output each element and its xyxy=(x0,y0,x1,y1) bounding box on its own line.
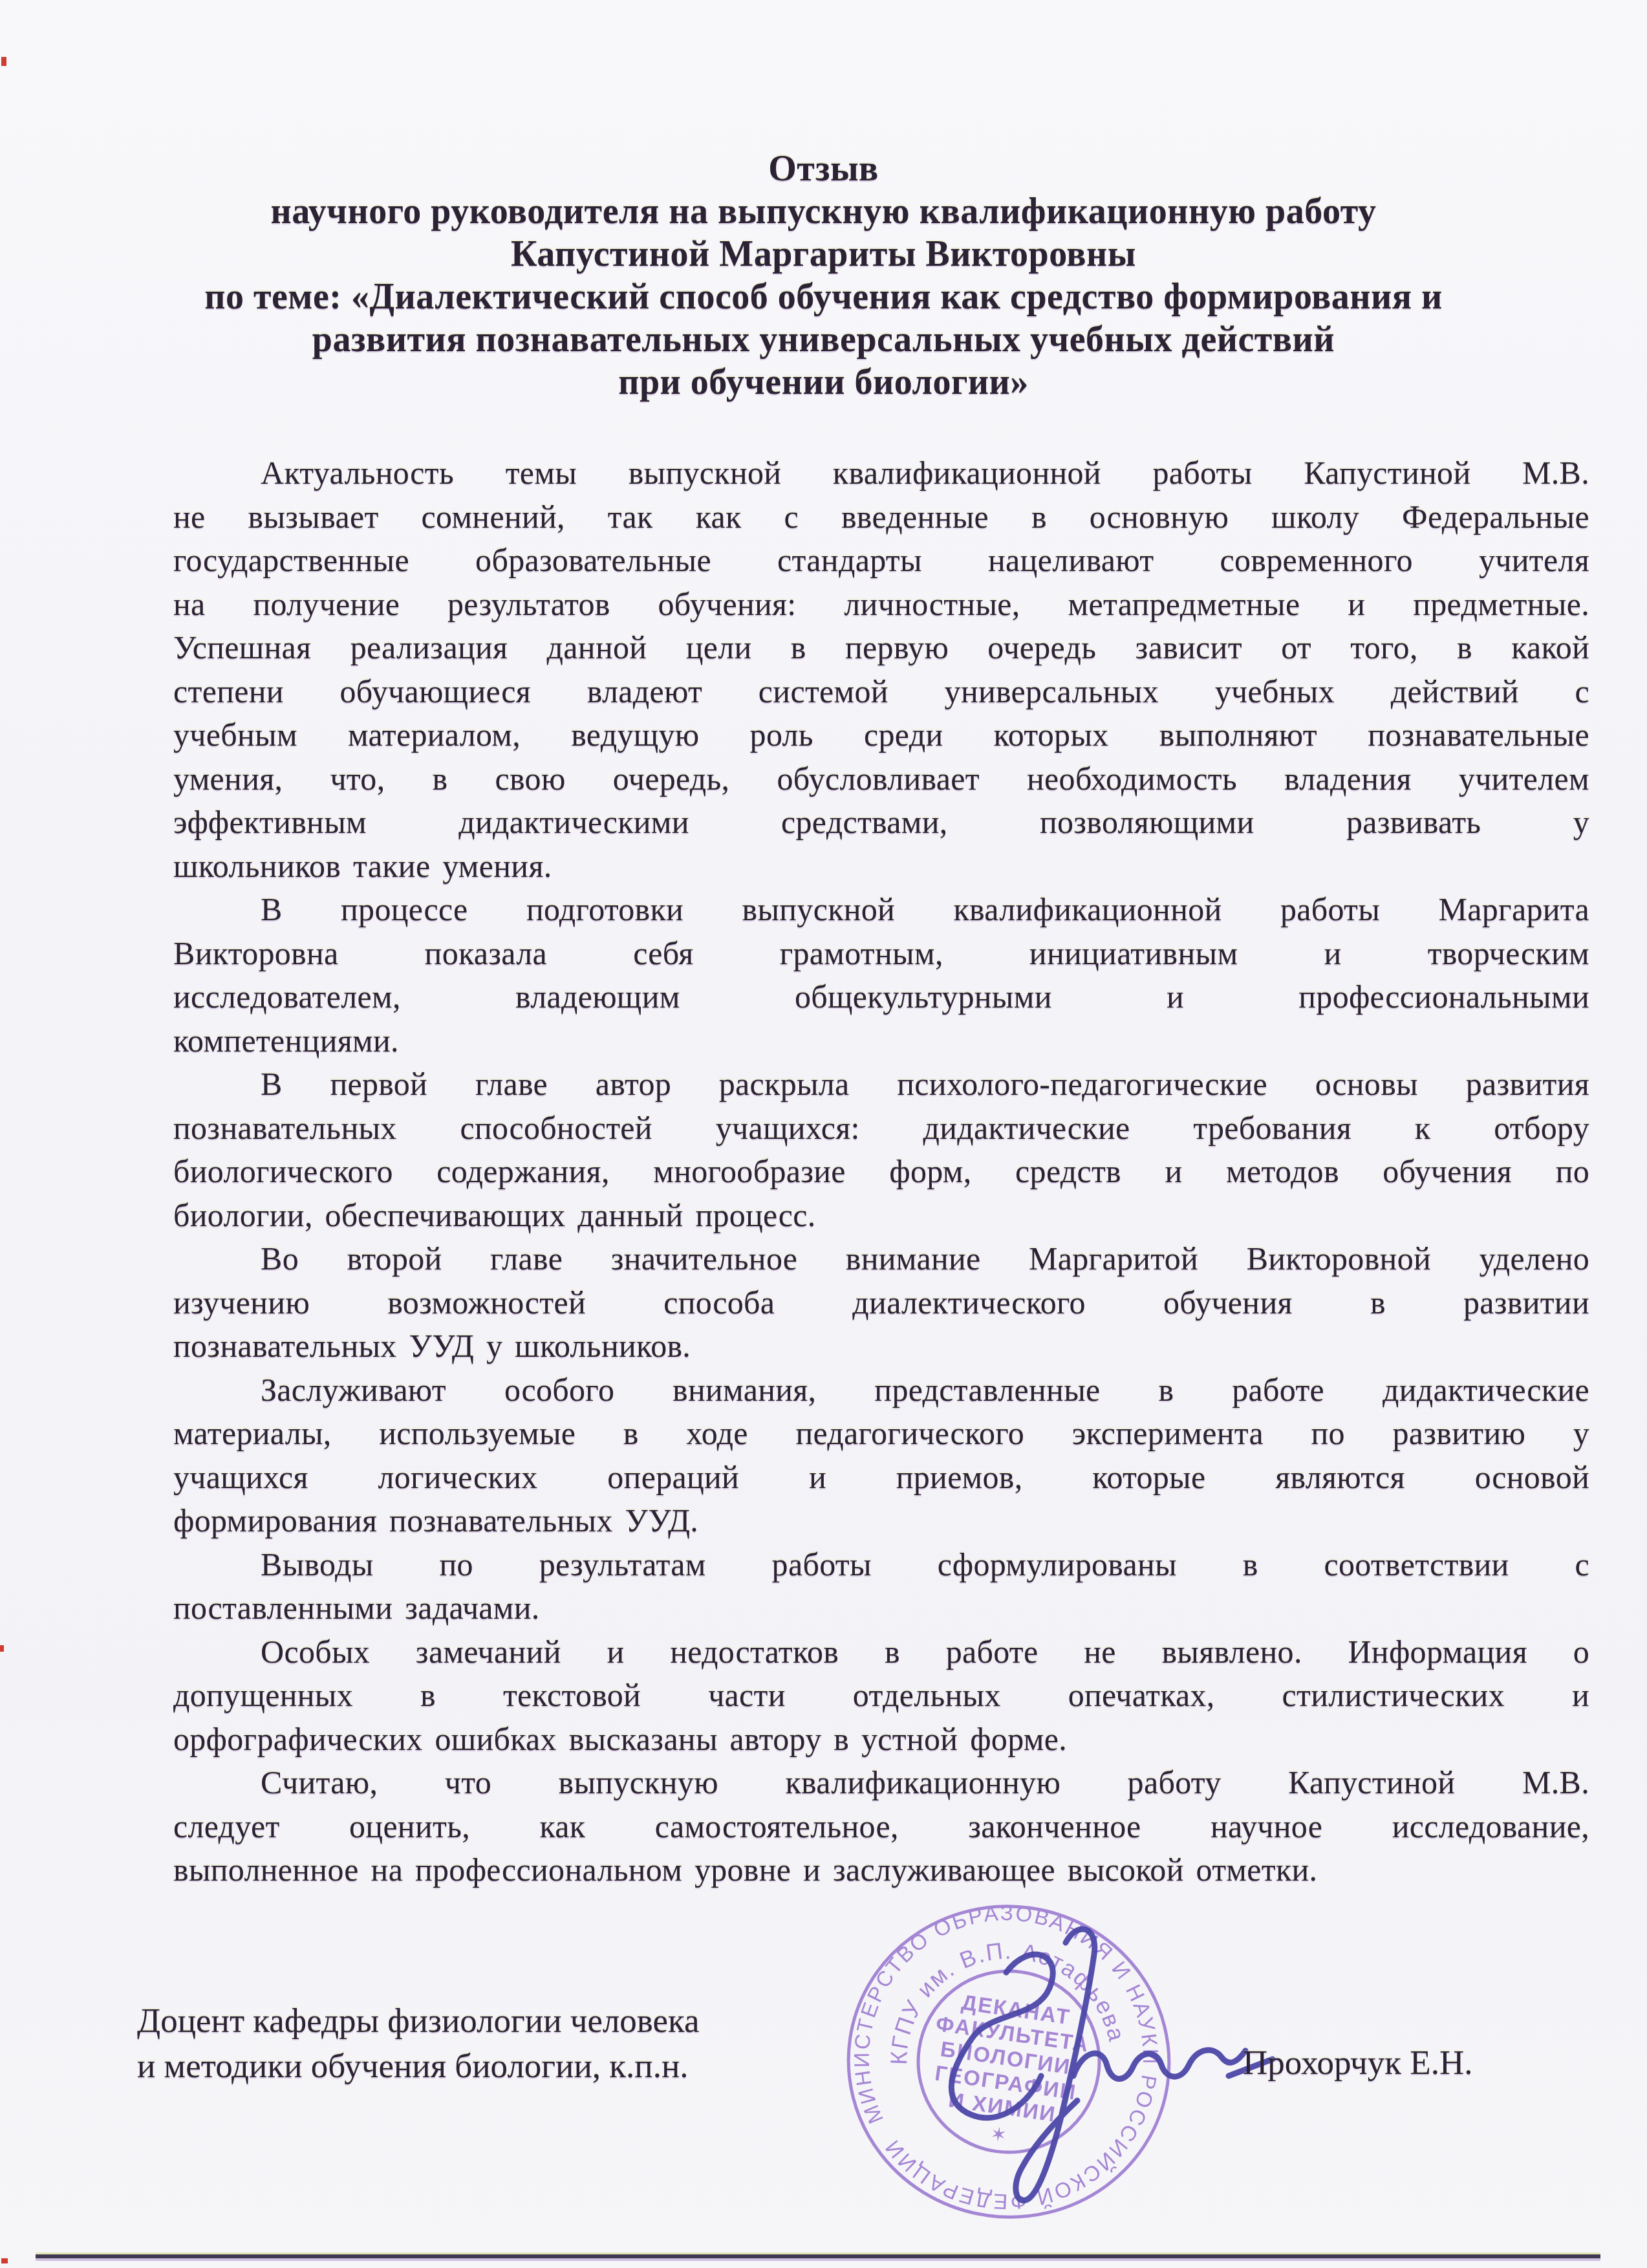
text-line: компетенциями. xyxy=(173,1019,1589,1063)
title-line: Капустиной Маргариты Викторовны xyxy=(97,233,1550,275)
text-line: степени обучающиеся владеют системой уни… xyxy=(173,670,1589,714)
text-line: В первой главе автор раскрыла психолого-… xyxy=(173,1063,1589,1107)
text-line: биологии, обеспечивающих данный процесс. xyxy=(173,1194,1589,1238)
signer-role-line: и методики обучения биологии, к.п.н. xyxy=(137,2044,700,2089)
text-line: познавательных способностей учащихся: ди… xyxy=(173,1107,1589,1150)
text-line: школьников такие умения. xyxy=(173,845,1589,889)
title-line: научного руководителя на выпускную квали… xyxy=(97,190,1550,233)
paragraph: Считаю, что выпускную квалификационную р… xyxy=(173,1761,1589,1892)
text-line: учащихся логических операций и приемов, … xyxy=(173,1456,1589,1500)
text-line: умения, что, в свою очередь, обусловлива… xyxy=(173,757,1589,801)
text-line: познавательных УУД у школьников. xyxy=(173,1324,1589,1368)
signature-name: Прохорчук Е.Н. xyxy=(1243,2042,1472,2084)
paragraph: Во второй главе значительное внимание Ма… xyxy=(173,1237,1589,1368)
text-line: Актуальность темы выпускной квалификацио… xyxy=(173,451,1589,495)
review-body: Актуальность темы выпускной квалификацио… xyxy=(173,451,1589,1892)
title-line: по теме: «Диалектический способ обучения… xyxy=(97,275,1550,318)
paragraph: Особых замечаний и недостатков в работе … xyxy=(173,1630,1589,1762)
text-line: Заслуживают особого внимания, представле… xyxy=(173,1368,1589,1412)
title-line: при обучении биологии» xyxy=(97,361,1550,404)
text-line: эффективным дидактическими средствами, п… xyxy=(173,801,1589,845)
text-line: следует оценить, как самостоятельное, за… xyxy=(173,1805,1589,1849)
text-line: Считаю, что выпускную квалификационную р… xyxy=(173,1761,1589,1805)
paragraph: Актуальность темы выпускной квалификацио… xyxy=(173,451,1589,888)
scan-speck xyxy=(1,57,6,66)
signer-role-line: Доцент кафедры физиологии человека xyxy=(137,1998,700,2044)
text-line: Особых замечаний и недостатков в работе … xyxy=(173,1630,1589,1674)
signature-stroke xyxy=(951,1929,1273,2201)
paragraph: В процессе подготовки выпускной квалифик… xyxy=(173,888,1589,1063)
text-line: государственные образовательные стандарт… xyxy=(173,539,1589,583)
text-line: на получение результатов обучения: лично… xyxy=(173,583,1589,627)
text-line: формирования познавательных УУД. xyxy=(173,1499,1589,1543)
scanned-document-page: Отзыв научного руководителя на выпускную… xyxy=(0,0,1647,2268)
scan-speck xyxy=(1,2258,8,2263)
paragraph: В первой главе автор раскрыла психолого-… xyxy=(173,1063,1589,1237)
paragraph: Выводы по результатам работы сформулиров… xyxy=(173,1543,1589,1630)
text-line: материалы, используемые в ходе педагогич… xyxy=(173,1412,1589,1456)
paragraph: Заслуживают особого внимания, представле… xyxy=(173,1368,1589,1543)
text-line: выполненное на профессиональном уровне и… xyxy=(173,1848,1589,1892)
text-line: исследователем, владеющим общекультурным… xyxy=(173,975,1589,1019)
signature-block: Доцент кафедры физиологии человека и мет… xyxy=(137,1998,700,2089)
text-line: не вызывает сомнений, так как с введенны… xyxy=(173,495,1589,539)
title-line: Отзыв xyxy=(97,147,1550,190)
handwritten-signature xyxy=(879,1909,1280,2213)
text-line: учебным материалом, ведущую роль среди к… xyxy=(173,713,1589,757)
text-line: Выводы по результатам работы сформулиров… xyxy=(173,1543,1589,1587)
text-line: поставленными задачами. xyxy=(173,1586,1589,1630)
title-line: развития познавательных универсальных уч… xyxy=(97,318,1550,361)
text-line: биологического содержания, многообразие … xyxy=(173,1150,1589,1194)
text-line: Во второй главе значительное внимание Ма… xyxy=(173,1237,1589,1281)
text-line: В процессе подготовки выпускной квалифик… xyxy=(173,888,1589,932)
text-line: Викторовна показала себя грамотным, иниц… xyxy=(173,932,1589,976)
text-line: Успешная реализация данной цели в первую… xyxy=(173,626,1589,670)
scan-edge-line xyxy=(36,2254,1600,2258)
text-line: допущенных в текстовой части отдельных о… xyxy=(173,1674,1589,1718)
scan-speck xyxy=(0,1645,4,1652)
text-line: орфографических ошибках высказаны автору… xyxy=(173,1718,1589,1762)
text-line: изучению возможностей способа диалектиче… xyxy=(173,1281,1589,1325)
review-title: Отзыв научного руководителя на выпускную… xyxy=(97,147,1550,404)
